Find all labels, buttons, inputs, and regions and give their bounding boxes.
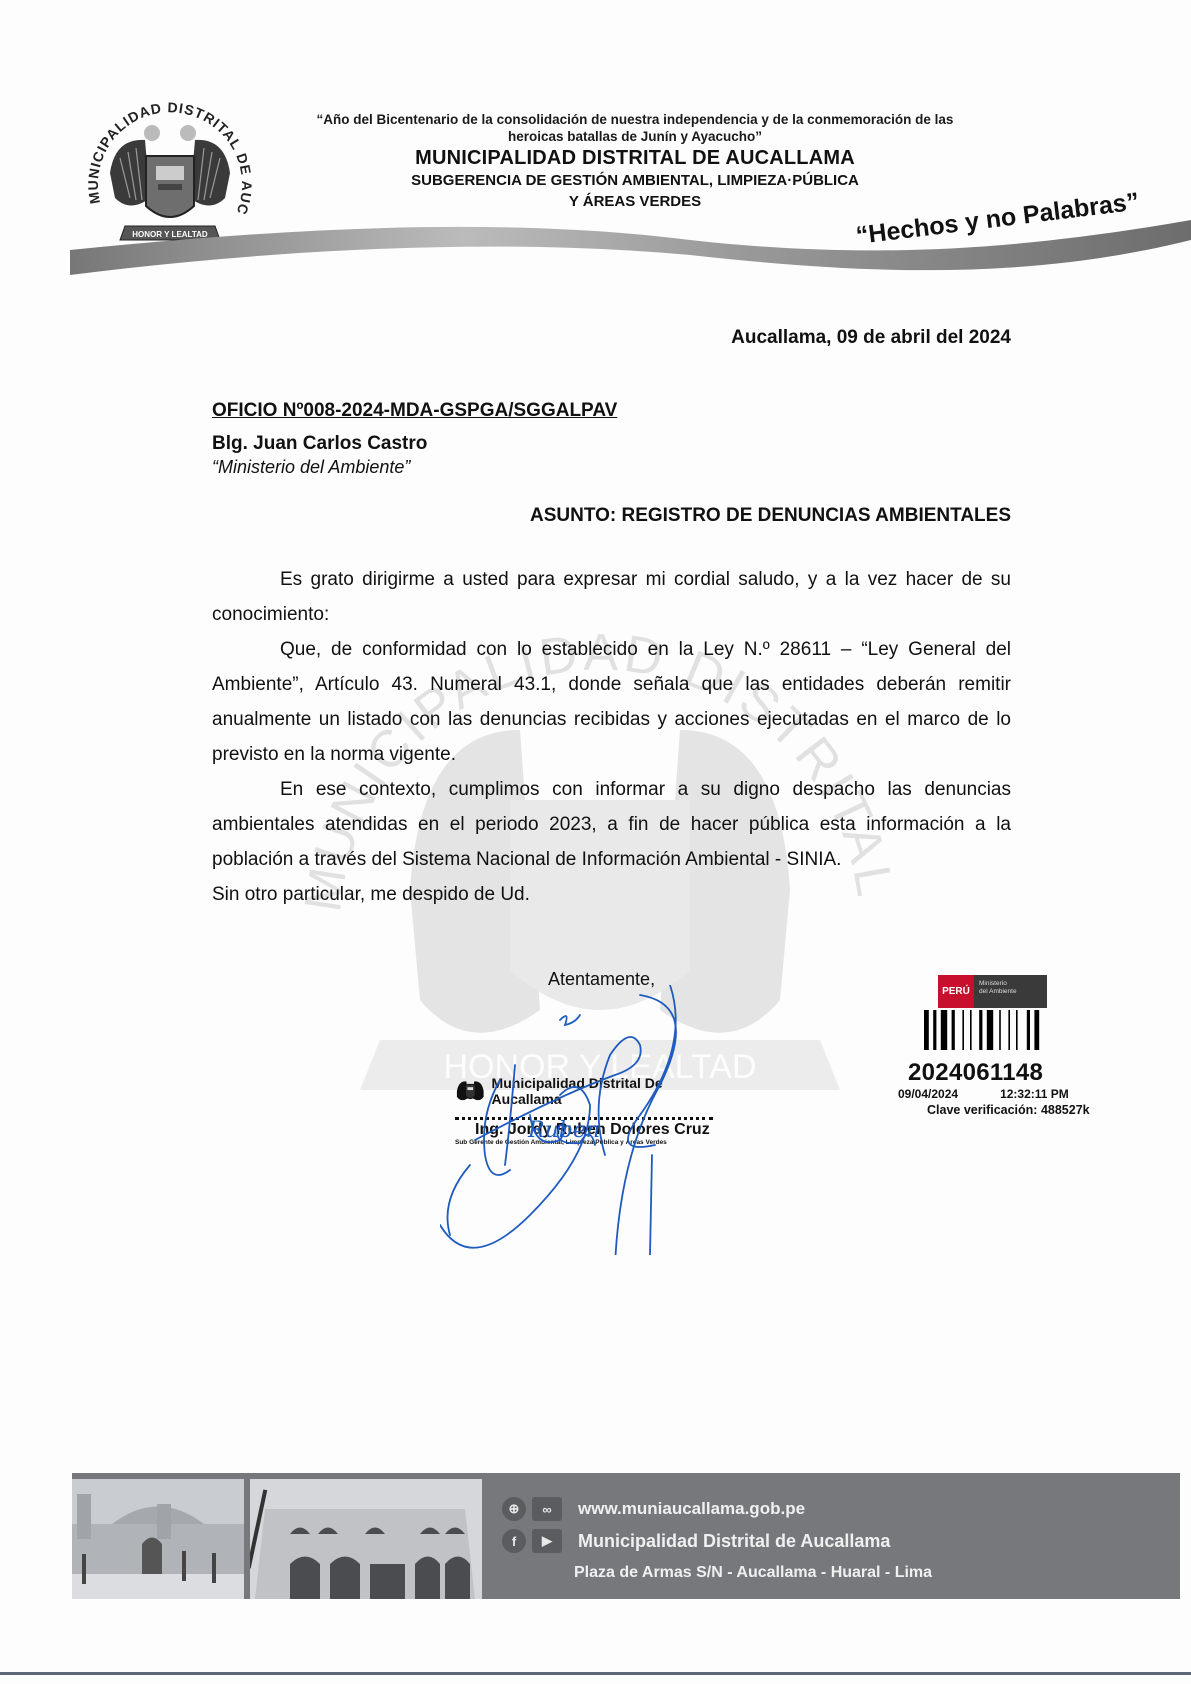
handwritten-signature: Ruben — [440, 985, 730, 1255]
church-photo — [72, 1479, 244, 1599]
recipient-organization: “Ministerio del Ambiente” — [212, 457, 410, 478]
organization-name: MUNICIPALIDAD DISTRITAL DE AUCALLAMA — [275, 146, 995, 170]
website-link[interactable]: www.muniaucallama.gob.pe — [578, 1499, 805, 1519]
peru-label: PERÚ — [938, 975, 974, 1008]
facebook-icon[interactable]: f — [502, 1529, 526, 1553]
verification-key: Clave verificación: 488527k — [927, 1103, 1110, 1117]
subject-line: ASUNTO: REGISTRO DE DENUNCIAS AMBIENTALE… — [530, 505, 1011, 527]
peru-ministry-banner: PERÚ Ministerio del Ambiente — [938, 975, 1047, 1008]
barcode — [924, 1010, 1054, 1050]
registration-date: 09/04/2024 — [898, 1087, 958, 1101]
registration-datetime: 09/04/2024 12:32:11 PM — [898, 1087, 1110, 1101]
year-motto-line2: heroicas batallas de Junín y Ayacucho” — [275, 128, 995, 145]
body-paragraph: En ese contexto, cumplimos con informar … — [212, 772, 1011, 877]
letter-body: Es grato dirigirme a usted para expresar… — [212, 562, 1011, 912]
body-paragraph: Sin otro particular, me despido de Ud. — [212, 877, 1011, 912]
body-paragraph: Es grato dirigirme a usted para expresar… — [212, 562, 1011, 632]
letterhead: “Año del Bicentenario de la consolidació… — [275, 111, 995, 212]
globe-icon: ⊕ — [502, 1497, 526, 1521]
year-motto-line1: “Año del Bicentenario de la consolidació… — [275, 111, 995, 128]
municipality-building-photo — [250, 1479, 482, 1599]
sub-unit-line1: SUBGERENCIA DE GESTIÓN AMBIENTAL, LIMPIE… — [275, 170, 995, 191]
footer-band: ⊕ ∞ www.muniaucallama.gob.pe f ▶ Municip… — [72, 1473, 1180, 1599]
registration-number: 2024061148 — [908, 1059, 1110, 1087]
registration-time: 12:32:11 PM — [1000, 1087, 1069, 1101]
document-reference: OFICIO Nº008-2024-MDA-GSPGA/SGGALPAV — [212, 400, 617, 422]
body-paragraph: Que, de conformidad con lo establecido e… — [212, 632, 1011, 772]
social-account-name: Municipalidad Distrital de Aucallama — [578, 1531, 890, 1552]
handwritten-name: Ruben — [527, 1118, 600, 1143]
ministry-label: Ministerio del Ambiente — [974, 975, 1047, 1008]
reception-stamp: PERÚ Ministerio del Ambiente 2024061148 … — [910, 975, 1110, 1117]
bottom-rule — [0, 1672, 1191, 1675]
recipient-name: Blg. Juan Carlos Castro — [212, 433, 427, 455]
footer-contact-info: ⊕ ∞ www.muniaucallama.gob.pe f ▶ Municip… — [502, 1493, 932, 1589]
address: Plaza de Armas S/N - Aucallama - Huaral … — [574, 1564, 932, 1582]
sub-unit-line2: Y ÁREAS VERDES — [275, 191, 995, 212]
youtube-icon[interactable]: ▶ — [532, 1529, 562, 1553]
place-and-date: Aucallama, 09 de abril del 2024 — [731, 327, 1011, 349]
web-icon: ∞ — [532, 1497, 562, 1521]
